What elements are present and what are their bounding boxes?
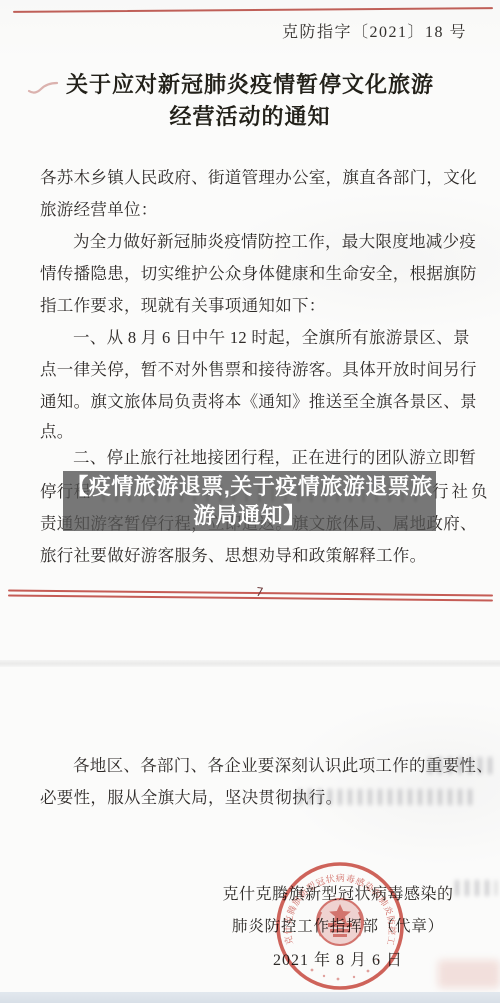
page-seam bbox=[0, 660, 500, 667]
notice-title: 关于应对新冠肺炎疫情暂停文化旅游 经营活动的通知 bbox=[0, 69, 500, 133]
bottom-edge-strip bbox=[0, 992, 500, 1003]
body-line: 二、停止旅行社地接团行程，正在进行的团队游立即暂 bbox=[73, 447, 476, 469]
document-number: 克防指字〔2021〕18 号 bbox=[282, 19, 467, 42]
caption-overlay-line1: 【疫情旅游退票,关于疫情旅游退票旅 bbox=[66, 472, 433, 501]
seal-emblem bbox=[317, 899, 363, 945]
official-red-seal: 克什克腾旗新型冠状病毒感染的肺炎防控工作指挥部 bbox=[272, 860, 408, 994]
body-line: 点一律关停，暂不对外售票和接待游客。具体开放时间另行 bbox=[40, 359, 477, 381]
body-line: 为全力做好新冠肺炎疫情防控工作，最大限度地减少疫 bbox=[73, 231, 476, 253]
body-line: 情传播隐患，切实维护公众身体健康和生命安全，根据旗防 bbox=[40, 263, 477, 285]
body-line: 各苏木乡镇人民政府、街道管理办公室，旗直各部门，文化 bbox=[40, 167, 477, 189]
scanned-notice-document: 克防指字〔2021〕18 号 关于应对新冠肺炎疫情暂停文化旅游 经营活动的通知 … bbox=[0, 0, 500, 1003]
caption-overlay-box: 【疫情旅游退票,关于疫情旅游退票旅 游局通知】 bbox=[63, 471, 436, 531]
body-line: 点。 bbox=[40, 421, 74, 443]
body-line: 旅游经营单位： bbox=[40, 199, 158, 221]
occluded-line-right-fragment: 行社负 bbox=[432, 481, 491, 503]
caption-overlay-line2: 游局通知】 bbox=[193, 501, 306, 530]
body-line: 指工作要求，现就有关事项通知如下： bbox=[40, 295, 326, 317]
notice-title-line1: 关于应对新冠肺炎疫情暂停文化旅游 bbox=[0, 69, 500, 101]
ghost-smudge bbox=[298, 789, 473, 805]
letterhead-red-rule bbox=[13, 7, 493, 13]
footer-double-red-rule bbox=[8, 589, 493, 601]
notice-title-line2: 经营活动的通知 bbox=[0, 101, 500, 133]
body-line: 通知。旗文旅体局负责将本《通知》推送至全旗各景区、景 bbox=[40, 391, 477, 413]
body-line: 旅行社要做好游客服务、思想劝导和政策解释工作。 bbox=[40, 545, 426, 567]
ghost-smudge bbox=[428, 757, 496, 774]
seal-speckles bbox=[311, 959, 380, 981]
body-line: 一、从 8 月 6 日中午 12 时起，全旗所有旅游景区、景 bbox=[73, 327, 470, 349]
